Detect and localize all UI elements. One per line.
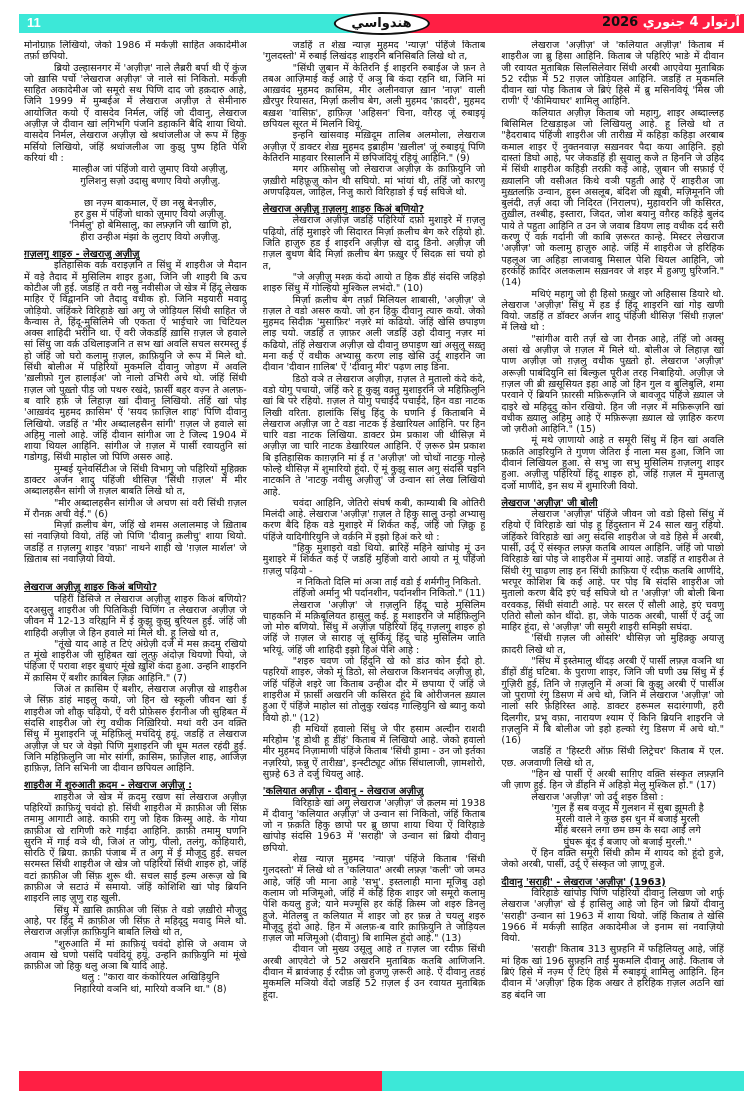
paragraph: पहिरीं डिसिजे त लेखराज अज़ीज़ु शाइरु किअ… (24, 594, 247, 639)
verse-line: थलु : "कारा वार कंकोरियल अखिड़ियुनि (24, 972, 247, 983)
paragraph: इन्हनि खांसवाइ मख़िदूम तालिब अलमोला, लेख… (263, 130, 486, 164)
paragraph: 'सराही' किताब 313 सुफ़्हनि में फहिलियलु … (501, 944, 724, 1000)
paragraph: ऐं हिन वक़्ति समूरी सिंधी क़ौम में शायद … (501, 848, 724, 871)
page-footer-band (19, 1071, 744, 1091)
quote: "शुरुआति में मां क़ाफ़ियूं चवंदो होसि जे… (24, 939, 247, 973)
paragraph: शाइरीअ जे खेत्र में क़दमु रखण सां लेखराज… (24, 792, 247, 905)
verse-line: 'गुल हैं सब वजूद में गुलशन में सुबा झूमत… (501, 803, 724, 814)
verse-line: छा नज़्म बाकमाल, ऐं छा नस्रु बेनज़ीरु, (24, 198, 247, 209)
paragraph: मिर्ज़ा क़लीच बेग तर्फ़ां मिलियल शाबासी,… (263, 295, 486, 374)
paragraph: शेख़ न्याज़ मुहमद 'न्याज़' पंहिंजे किताब… (263, 854, 486, 944)
paragraph: डिठो वञे त लेखराज अज़ीज़, ग़ज़ल ते मुताल… (263, 374, 486, 498)
paragraph: मगर अफ़िसोसु जो लेखराज अज़ीज़ के क़ाफ़िय… (263, 164, 486, 198)
quote: "शइरु चवण जो हिंदुनि खे को डांउ कोन ईंदो… (263, 656, 486, 724)
date-text: آرتوار 4 جنوري (643, 15, 740, 30)
paragraph: लेखराज 'अज़ीज़' जे ग़ज़लुनि हिंदू चाहे म… (263, 600, 486, 656)
section-heading: लेखराज अज़ीज़ु ग़ज़लगु शाइरु किअं बणियो? (263, 204, 486, 215)
newspaper-logo: هندواسي (333, 12, 429, 35)
paragraph: लेखराज 'अज़ीज़' जे 'कलियात अज़ीज़' किताब… (501, 40, 724, 108)
quote: "हिन खे पार्सी ऐं अरबी साग़िए वक़्ति संस… (501, 769, 724, 792)
quote: "सिंध में इस्तेमालु थींदड़ अरबी ऐं पार्स… (501, 656, 724, 746)
section-heading: दीवानु 'सराही' - लेखराज 'अज़ीज़' (1963) (501, 877, 724, 888)
verse-line: मुरली वाले ने कुछ इस धुन में बजाई मुरली (501, 814, 724, 825)
paragraph: मूं मथे ज़ाणायो आहे त समूरी सिंधु में हि… (501, 435, 724, 491)
paragraph: लेखराज अज़ीज़ जडहिं पहिरियों दफ़ो मुशाइर… (263, 215, 486, 271)
column-right: लेखराज 'अज़ीज़' जे 'कलियात अज़ीज़' किताब… (501, 40, 724, 1040)
page-number: 11 (27, 15, 41, 30)
verse-line: तंहिंजो अर्मानु भी पर्दानशीन, पर्दानशीन … (263, 588, 486, 599)
section-heading: शाइरीअ में शुरुआती क़दम - लेखराज अज़ीज़ु… (24, 780, 247, 791)
quote: "तूंखे याद आहे त टिएं अंग्रेज़ी दर्जे मे… (24, 639, 247, 684)
quote: "मीर अब्दालहसैन सांगीअ जे अचण सां वरी सि… (24, 498, 247, 521)
section-heading: ग़ज़लगु शाइरु - लेखराजु अज़ीज़ु (24, 249, 247, 260)
paragraph: लेखराज 'अज़ीज़' पंहिंजे जीवन जो वडो हिसो… (501, 509, 724, 633)
section-heading: 'कलियात अज़ीज़ - दीवानु - लेखराज अज़ीज़ु (263, 786, 486, 797)
paragraph: मिर्ज़ा क़लीच बेग, जंहिं खे शमस अलालमाइ … (24, 520, 247, 565)
section-heading: लेखराज 'अज़ीज़' जी बोली (501, 498, 724, 509)
date-year: 2026 (602, 15, 638, 30)
quote: "सिंधी ज़ुबान में केतिरनि ई शाइरनि रुबाई… (263, 63, 486, 131)
footer-left-band (19, 1071, 382, 1091)
page-header: 11 آرتوار 4 جنوري 2026 هندواسي (19, 14, 744, 33)
column-left: मोनोग्राफ़ लिखियो, जेको 1986 में मर्कज़ी… (24, 40, 247, 1040)
paragraph: 'सिंधी ग़ज़ल जी ओसरि' थीसिज़ जो मुहिक़्क… (501, 633, 724, 656)
paragraph: इतिहासिक वर्क़ वराइज़नि त सिंधु में शाइर… (24, 260, 247, 463)
section-heading: लेखराज अज़ीज़ु शाइरु किअं बणियो? (24, 582, 247, 593)
header-right-band: آرتوار 4 جنوري 2026 (382, 14, 745, 33)
paragraph: मोनोग्राफ़ लिखियो, जेको 1986 में मर्कज़ी… (24, 40, 247, 63)
paragraph: लेखराज 'अज़ीज़' जो उर्दू शइरु डिसो : (501, 792, 724, 803)
paragraph: जडहिं त शेख़ न्याज़ मुहमद 'न्याज़' पंहिं… (263, 40, 486, 63)
verse-line: माल्हीअ जां पंहिंजो वारो ज़ुमाए वियो अज़… (24, 164, 247, 175)
issue-date: آرتوار 4 جنوري 2026 (602, 15, 740, 30)
header-left-band: 11 (19, 14, 382, 33)
verse-line: निहारियो वञनि थां, मारियो वञनि था." (8) (24, 984, 247, 995)
paragraph: ब्रियो उल्हासनगर में 'अज़ीज़' नाले लैब्र… (24, 63, 247, 165)
quote: "हिकु मुशाइरो वडो थियो. ब्रारिहें महिने … (263, 543, 486, 577)
footer-right-band (382, 1071, 745, 1091)
paragraph: मुम्बई यूनेवर्सिटीअ जे सिंधी विभागु जो प… (24, 464, 247, 498)
column-middle: जडहिं त शेख़ न्याज़ मुहमद 'न्याज़' पंहिं… (263, 40, 486, 1040)
quote: "जे अज़ीज़ु मश्क़ कंदो आयो त हिक डींहं स… (263, 272, 486, 295)
verse-line: हर डुस में पंहिंजो धाको ज़ुमाए वियो अज़ी… (24, 209, 247, 220)
paragraph: विरिहाङे खां अगु लेखराज 'अज़ीज़' जे क़लम… (263, 798, 486, 854)
quote: "सांगीअ वारी तर्ज़ खे जा रौनक़ आहे, तंहि… (501, 334, 724, 436)
paragraph: जडहिं त 'हिस्टरी ऑफ़ सिंधी लिट्रेचर' कित… (501, 746, 724, 769)
paragraph: सिंधु में ख़ासि क़ाफ़ीअ जी सिंफ़ ते वडो … (24, 905, 247, 939)
verse-line: मींहं बरसने लगा छम छम के सदा आईं लगे (501, 825, 724, 836)
paragraph: चवंदा आहिनि, जेतिरो संघर्ष कबी, काम्याबी… (263, 498, 486, 543)
paragraph: जिअं त क़ासिम ऐं बशीर, लेखराज अज़ीज़ खे … (24, 684, 247, 774)
paragraph: कलियात अज़ीज़ किताब जो महागु, शाइर अब्दा… (501, 108, 724, 289)
verse-line: घुंघरू बूंद ई बजाए जो बजाई मुरली." (501, 837, 724, 848)
verse-line: 'निर्मलु' हो बेमिसालु, का लफ़्ज़नि जी खा… (24, 220, 247, 231)
paragraph: ही मथियों हवालो सिंधु जे पीर हसाम अल्दीन… (263, 724, 486, 780)
verse-line: गुलिशनु सज़ो उदासु बणाए वियो अज़ीज़ु. (24, 176, 247, 187)
paragraph: विरिहाङे खांपोइ पिणि पहिरियों दीवानु लिख… (501, 888, 724, 944)
article-columns: मोनोग्राफ़ लिखियो, जेको 1986 में मर्कज़ी… (24, 40, 724, 1040)
verse-line: न निकितो दिलि मां अञा ताईं वडो ई शर्मगीन… (263, 577, 486, 588)
paragraph: मथिएं महागु जो ही हिसो फ़ख़ुर जो अहिसास … (501, 289, 724, 334)
paragraph: दीवान जो मुख्य उसूलु आहे त ग़ज़ल जा रदीफ… (263, 944, 486, 1000)
verse-line: हीरा उन्हीअ मंझां के लुटाए वियो अज़ीज़ु. (24, 232, 247, 243)
